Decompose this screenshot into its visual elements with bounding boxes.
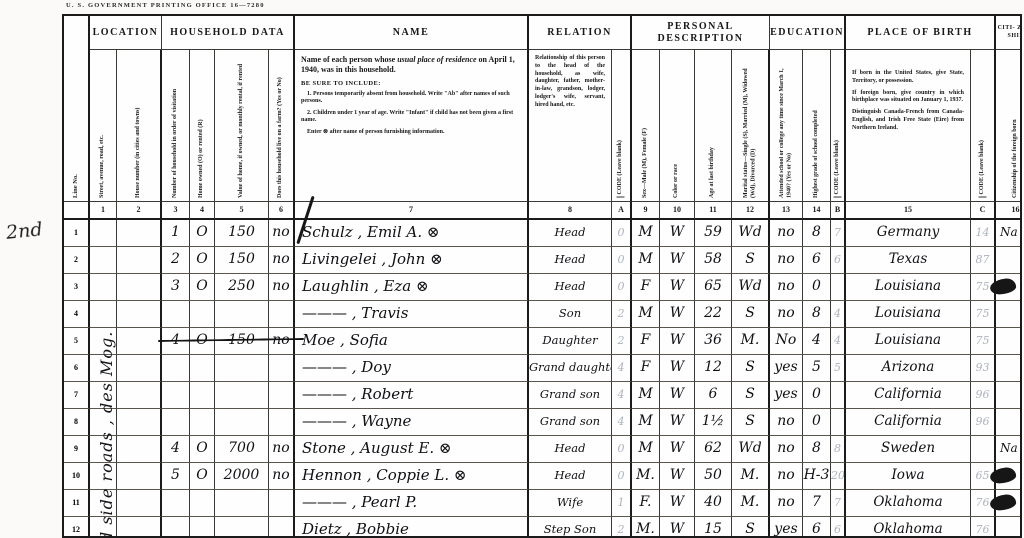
row-11-code_b: 7 [831,490,846,517]
row-11-name: ——— , Pearl P. [295,490,529,517]
row-8-code_a: 4 [612,409,632,436]
row-5-house [117,328,162,355]
row-12-code_a: 2 [612,517,632,538]
row-8-name: ——— , Wayne [295,409,529,436]
row-8-relation: Grand son [529,409,612,436]
row-2-race: W [660,247,695,274]
column-number-C: C [971,202,996,220]
group-place-of-birth: PLACE OF BIRTH [846,16,996,50]
column-number-16: 16 [996,202,1022,220]
row-1-farm: no [269,220,295,247]
column-number-2: 2 [117,202,162,220]
row-2-relation: Head [529,247,612,274]
col-street-header: Street, avenue, road, etc. [90,50,117,202]
row-8-age: 1½ [695,409,732,436]
row-9-relation: Head [529,436,612,463]
column-number-9: 9 [632,202,660,220]
row-4-race: W [660,301,695,328]
column-number-6: 6 [269,202,295,220]
column-number-11: 11 [695,202,732,220]
row-12-code_b: 6 [831,517,846,538]
row-6-relation: Grand daughter [529,355,612,382]
row-9-value: 700 [215,436,269,463]
row-4-citizenship [996,301,1022,328]
row-7-name: ——— , Robert [295,382,529,409]
row-7-own [190,382,215,409]
row-9-farm: no [269,436,295,463]
row-2-farm: no [269,247,295,274]
row-4-school: no [770,301,803,328]
row-12-line: 12 [64,517,90,538]
row-5-relation: Daughter [529,328,612,355]
row-9-age: 62 [695,436,732,463]
row-10-sex: M. [632,463,660,490]
census-form-table: Line No. LOCATION HOUSEHOLD DATA NAME RE… [62,14,1022,538]
name-column-description: Name of each person whose usual place of… [295,50,529,202]
row-11-school: no [770,490,803,517]
row-6-age: 12 [695,355,732,382]
row-8-line: 8 [64,409,90,436]
col-grade-header: Highest grade of school completed [803,50,831,202]
row-7-line: 7 [64,382,90,409]
row-5-marital: M. [732,328,770,355]
row-6-line: 6 [64,355,90,382]
row-9-own: O [190,436,215,463]
row-8-value [215,409,269,436]
row-3-hh: 3 [162,274,190,301]
column-number-8: 8 [529,202,612,220]
col-household-number-header: Number of household in order of visitati… [162,50,190,202]
row-11-birthplace: Oklahoma [846,490,971,517]
row-3-value: 250 [215,274,269,301]
street-name-handwriting: d side roads , des Mog. [97,220,121,538]
row-2-value: 150 [215,247,269,274]
col-marital-header: Marital status—Single (S), Married (M), … [732,50,770,202]
row-3-relation: Head [529,274,612,301]
row-2-citizenship [996,247,1022,274]
row-12-birthplace: Oklahoma [846,517,971,538]
row-6-code_b: 5 [831,355,846,382]
row-5-race: W [660,328,695,355]
column-number-13: 13 [770,202,803,220]
row-5-line: 5 [64,328,90,355]
row-1-citizenship: Na [996,220,1022,247]
col-race-header: Color or race [660,50,695,202]
col-house-number-header: House number (in cities and towns) [117,50,162,202]
row-5-code_a: 2 [612,328,632,355]
row-9-grade: 8 [803,436,831,463]
row-1-name: Schulz , Emil A. ⊗ [295,220,529,247]
row-6-citizenship [996,355,1022,382]
row-8-house [117,409,162,436]
row-4-sex: M [632,301,660,328]
row-6-school: yes [770,355,803,382]
row-5-name: Moe , Sofia [295,328,529,355]
row-12-code_c: 76 [971,517,996,538]
column-number-B: B [831,202,846,220]
row-2-line: 2 [64,247,90,274]
row-1-code_c: 14 [971,220,996,247]
row-9-marital: Wd [732,436,770,463]
row-6-code_a: 4 [612,355,632,382]
number-strip-blank [64,202,90,220]
birthplace-code-header: CODE (Leave blank) [971,50,996,202]
row-3-birthplace: Louisiana [846,274,971,301]
row-6-house [117,355,162,382]
row-11-own [190,490,215,517]
row-12-name: Dietz , Bobbie [295,517,529,538]
row-11-grade: 7 [803,490,831,517]
row-10-code_b: 20 [831,463,846,490]
row-4-value [215,301,269,328]
row-1-school: no [770,220,803,247]
row-4-line: 4 [64,301,90,328]
row-9-sex: M [632,436,660,463]
row-11-marital: M. [732,490,770,517]
row-6-sex: F [632,355,660,382]
row-11-line: 11 [64,490,90,517]
column-number-3: 3 [162,202,190,220]
row-5-sex: F [632,328,660,355]
row-3-code_a: 0 [612,274,632,301]
row-2-school: no [770,247,803,274]
row-4-hh [162,301,190,328]
row-5-age: 36 [695,328,732,355]
row-10-name: Hennon , Coppie L. ⊗ [295,463,529,490]
row-2-name: Livingelei , John ⊗ [295,247,529,274]
row-7-marital: S [732,382,770,409]
row-11-hh [162,490,190,517]
row-10-race: W [660,463,695,490]
row-5-birthplace: Louisiana [846,328,971,355]
row-9-birthplace: Sweden [846,436,971,463]
row-7-farm [269,382,295,409]
column-number-12: 12 [732,202,770,220]
row-1-own: O [190,220,215,247]
row-10-marital: M. [732,463,770,490]
row-1-line: 1 [64,220,90,247]
row-10-line: 10 [64,463,90,490]
row-5-grade: 4 [803,328,831,355]
row-11-race: W [660,490,695,517]
row-2-code_b: 6 [831,247,846,274]
row-2-sex: M [632,247,660,274]
row-11-age: 40 [695,490,732,517]
row-12-farm [269,517,295,538]
row-3-farm: no [269,274,295,301]
row-6-birthplace: Arizona [846,355,971,382]
col-sex-header: Sex—Male (M), Female (F) [632,50,660,202]
education-code-header: CODE (Leave blank) [831,50,846,202]
row-11-code_a: 1 [612,490,632,517]
row-7-sex: M [632,382,660,409]
row-6-own [190,355,215,382]
row-10-grade: H-3 [803,463,831,490]
row-8-race: W [660,409,695,436]
row-4-farm [269,301,295,328]
row-5-school: No [770,328,803,355]
row-7-code_c: 96 [971,382,996,409]
relation-column-description: Relationship of this person to the head … [529,50,612,202]
row-4-birthplace: Louisiana [846,301,971,328]
row-7-hh [162,382,190,409]
row-6-race: W [660,355,695,382]
row-8-farm [269,409,295,436]
row-5-value: 150 [215,328,269,355]
row-10-value: 2000 [215,463,269,490]
row-12-house [117,517,162,538]
row-4-marital: S [732,301,770,328]
margin-handwritten-note: 2nd [5,218,44,244]
group-household-data: HOUSEHOLD DATA [162,16,295,50]
row-4-age: 22 [695,301,732,328]
row-11-relation: Wife [529,490,612,517]
row-7-grade: 0 [803,382,831,409]
row-6-hh [162,355,190,382]
row-5-code_b: 4 [831,328,846,355]
row-11-house [117,490,162,517]
row-2-house [117,247,162,274]
row-6-code_c: 93 [971,355,996,382]
row-8-own [190,409,215,436]
row-11-sex: F. [632,490,660,517]
row-8-hh [162,409,190,436]
group-relation: RELATION [529,16,632,50]
row-8-code_b [831,409,846,436]
row-11-value [215,490,269,517]
row-9-hh: 4 [162,436,190,463]
group-education: EDUCATION [770,16,846,50]
row-5-code_c: 75 [971,328,996,355]
col-owned-rented-header: Home owned (O) or rented (R) [190,50,215,202]
row-9-line: 9 [64,436,90,463]
row-7-school: yes [770,382,803,409]
row-4-code_a: 2 [612,301,632,328]
row-1-value: 150 [215,220,269,247]
row-7-race: W [660,382,695,409]
column-number-4: 4 [190,202,215,220]
row-2-birthplace: Texas [846,247,971,274]
group-name: NAME [295,16,529,50]
row-7-value [215,382,269,409]
row-3-race: W [660,274,695,301]
row-6-grade: 5 [803,355,831,382]
group-personal-description: PERSONAL DESCRIPTION [632,16,770,50]
row-4-house [117,301,162,328]
row-10-relation: Head [529,463,612,490]
row-5-farm: no [269,328,295,355]
row-9-school: no [770,436,803,463]
row-2-age: 58 [695,247,732,274]
relation-code-header: CODE (Leave blank) [612,50,632,202]
row-12-sex: M. [632,517,660,538]
row-3-own: O [190,274,215,301]
row-2-hh: 2 [162,247,190,274]
row-9-citizenship: Na [996,436,1022,463]
column-number-10: 10 [660,202,695,220]
row-3-grade: 0 [803,274,831,301]
row-12-marital: S [732,517,770,538]
column-number-14: 14 [803,202,831,220]
row-8-sex: M [632,409,660,436]
line-no-column-header: Line No. [64,16,90,202]
column-number-1: 1 [90,202,117,220]
col-home-value-header: Value of home, if owned, or monthly rent… [215,50,269,202]
row-3-house [117,274,162,301]
row-1-grade: 8 [803,220,831,247]
row-4-own [190,301,215,328]
row-12-hh [162,517,190,538]
row-1-code_a: 0 [612,220,632,247]
col-citizenship-header: Citizenship of the foreign born [996,50,1022,202]
row-6-name: ——— , Doy [295,355,529,382]
group-location: LOCATION [90,16,162,50]
row-1-age: 59 [695,220,732,247]
row-3-line: 3 [64,274,90,301]
column-number-5: 5 [215,202,269,220]
row-12-own [190,517,215,538]
row-3-age: 65 [695,274,732,301]
row-8-marital: S [732,409,770,436]
row-8-school: no [770,409,803,436]
row-3-sex: F [632,274,660,301]
group-citizenship: CITI- ZEN- SHIP [996,16,1022,50]
row-1-race: W [660,220,695,247]
row-6-marital: S [732,355,770,382]
row-1-sex: M [632,220,660,247]
row-5-citizenship [996,328,1022,355]
row-9-code_a: 0 [612,436,632,463]
row-8-grade: 0 [803,409,831,436]
row-9-race: W [660,436,695,463]
row-7-relation: Grand son [529,382,612,409]
row-1-birthplace: Germany [846,220,971,247]
row-10-house [117,463,162,490]
row-3-code_b [831,274,846,301]
row-2-grade: 6 [803,247,831,274]
row-12-relation: Step Son [529,517,612,538]
row-1-marital: Wd [732,220,770,247]
census-grid: Line No. LOCATION HOUSEHOLD DATA NAME RE… [64,16,1020,538]
row-12-age: 15 [695,517,732,538]
row-4-relation: Son [529,301,612,328]
row-2-code_a: 0 [612,247,632,274]
row-6-farm [269,355,295,382]
row-10-own: O [190,463,215,490]
row-9-name: Stone , August E. ⊗ [295,436,529,463]
row-7-code_b [831,382,846,409]
column-number-7: 7 [295,202,529,220]
row-10-age: 50 [695,463,732,490]
row-1-house [117,220,162,247]
col-farm-header: Does this household live on a farm? (Yes… [269,50,295,202]
row-12-value [215,517,269,538]
row-2-own: O [190,247,215,274]
col-school-header: Attended school or college any time sinc… [770,50,803,202]
row-10-birthplace: Iowa [846,463,971,490]
row-2-code_c: 87 [971,247,996,274]
row-7-age: 6 [695,382,732,409]
row-4-code_c: 75 [971,301,996,328]
row-1-relation: Head [529,220,612,247]
row-8-birthplace: California [846,409,971,436]
row-9-code_b: 8 [831,436,846,463]
row-7-birthplace: California [846,382,971,409]
printer-note: U. S. GOVERNMENT PRINTING OFFICE 16—7280 [66,2,366,9]
row-10-school: no [770,463,803,490]
row-10-farm: no [269,463,295,490]
column-number-A: A [612,202,632,220]
row-2-marital: S [732,247,770,274]
row-1-code_b: 7 [831,220,846,247]
column-number-15: 15 [846,202,971,220]
row-4-code_b: 4 [831,301,846,328]
row-9-code_c [971,436,996,463]
col-age-header: Age at last birthday [695,50,732,202]
row-6-value [215,355,269,382]
row-7-citizenship [996,382,1022,409]
row-3-name: Laughlin , Eza ⊗ [295,274,529,301]
row-10-code_a: 0 [612,463,632,490]
row-10-hh: 5 [162,463,190,490]
row-12-school: yes [770,517,803,538]
row-8-code_c: 96 [971,409,996,436]
row-3-school: no [770,274,803,301]
row-11-farm [269,490,295,517]
row-9-house [117,436,162,463]
row-3-marital: Wd [732,274,770,301]
row-7-house [117,382,162,409]
row-12-race: W [660,517,695,538]
row-12-grade: 6 [803,517,831,538]
row-7-code_a: 4 [612,382,632,409]
birthplace-column-description: If born in the United States, give State… [846,50,971,202]
row-4-grade: 8 [803,301,831,328]
row-1-hh: 1 [162,220,190,247]
row-4-name: ——— , Travis [295,301,529,328]
row-8-citizenship [996,409,1022,436]
row-12-citizenship [996,517,1022,538]
